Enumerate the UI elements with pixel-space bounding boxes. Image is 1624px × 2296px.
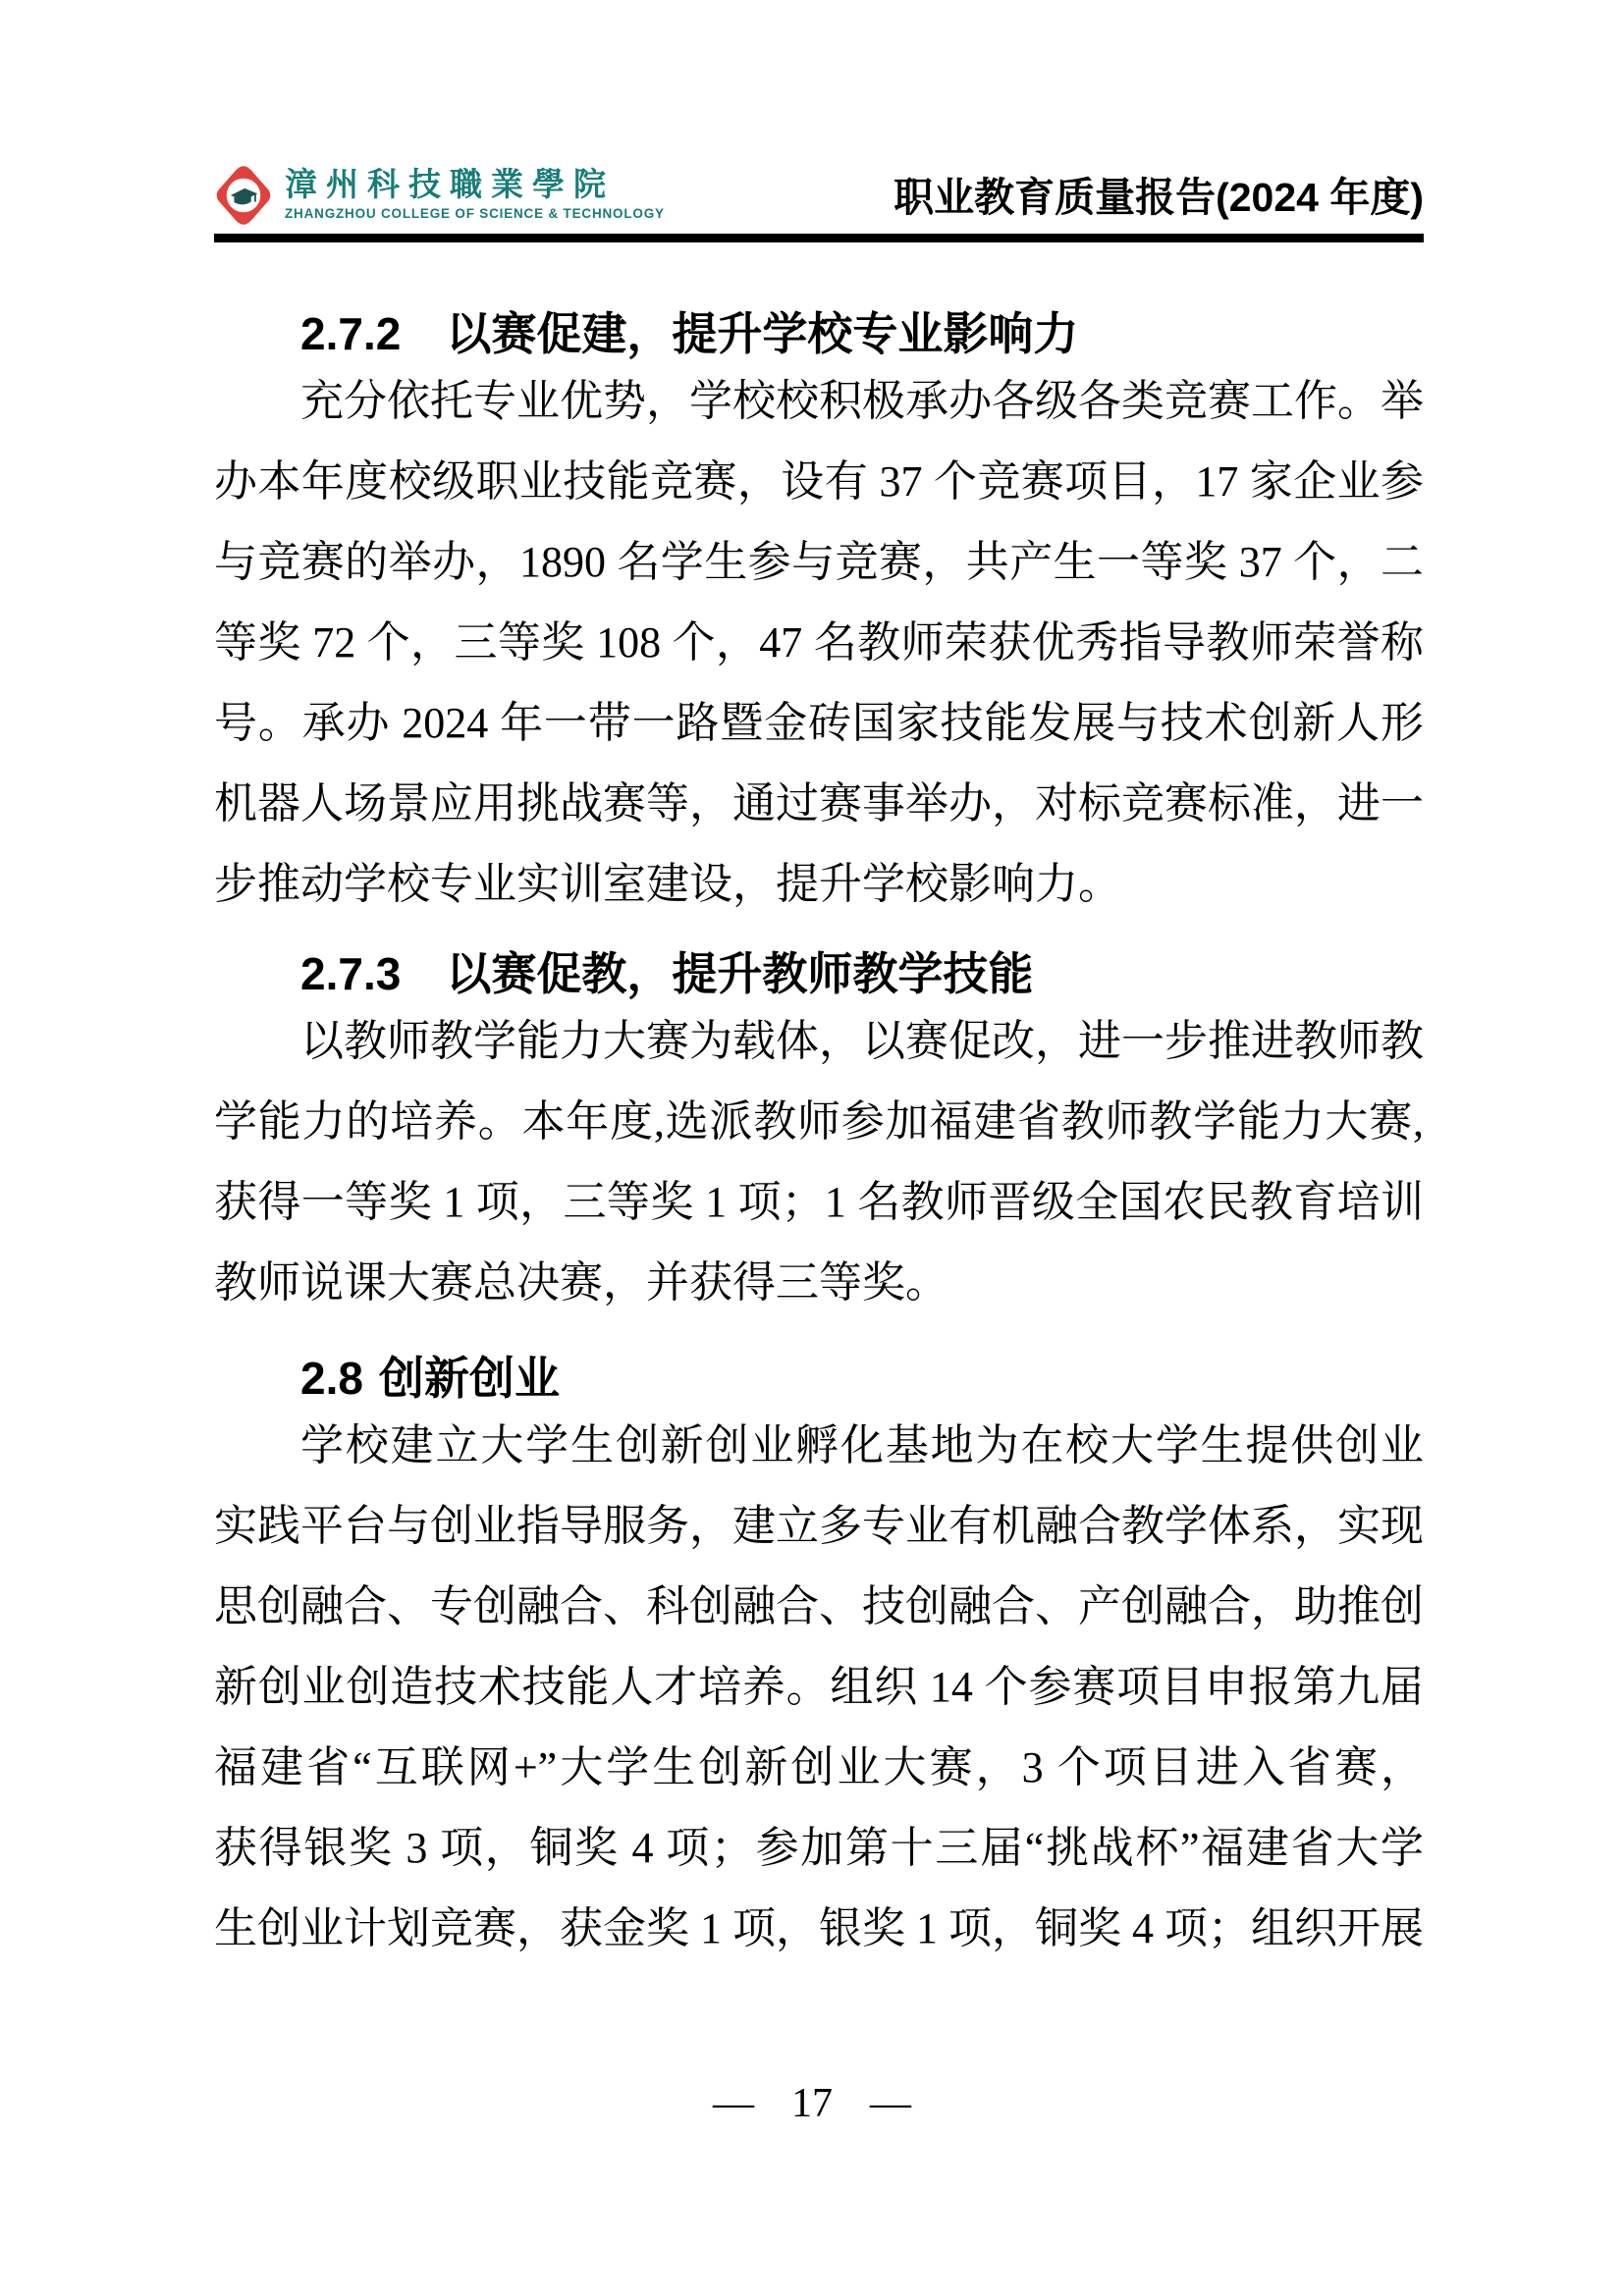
- section-heading-2-8: 2.8创新创业: [214, 1351, 1424, 1406]
- paragraph-line: 等奖 72 个，三等奖 108 个，47 名教师荣获优秀指导教师荣誉称: [214, 603, 1424, 683]
- paragraph-line: 生创业计划竞赛，获金奖 1 项，银奖 1 项，铜奖 4 项；组织开展: [214, 1889, 1424, 1969]
- section-heading-2-7-2: 2.7.2以赛促建，提升学校专业影响力: [214, 306, 1424, 361]
- section-title: 创新创业: [379, 1353, 560, 1404]
- paragraph-line: 福建省“互联网+”大学生创新创业大赛，3 个项目进入省赛，: [214, 1728, 1424, 1808]
- paragraph-line: 机器人场景应用挑战赛等，通过赛事举办，对标竞赛标准，进一: [214, 764, 1424, 844]
- document-page: 漳州科技職業學院 ZHANGZHOU COLLEGE OF SCIENCE & …: [0, 0, 1624, 2296]
- paragraph-line: 获得银奖 3 项，铜奖 4 项；参加第十三届“挑战杯”福建省大学: [214, 1808, 1424, 1889]
- footer-right-dash: —: [870, 2083, 911, 2124]
- paragraph-line: 步推动学校专业实训室建设，提升学校影响力。: [214, 844, 1424, 925]
- paragraph-line: 充分依托专业优势，学校校积极承办各级各类竞赛工作。举: [214, 361, 1424, 442]
- section-number: 2.7.3: [300, 948, 401, 999]
- header-divider: [214, 234, 1424, 242]
- graduation-cap-icon: [214, 165, 273, 226]
- page-footer: —17—: [0, 2083, 1624, 2124]
- section-heading-2-7-3: 2.7.3以赛促教，提升教师教学技能: [214, 946, 1424, 1001]
- paragraph-line: 办本年度校级职业技能竞赛，设有 37 个竞赛项目，17 家企业参: [214, 442, 1424, 522]
- paragraph-line: 新创业创造技术技能人才培养。组织 14 个参赛项目申报第九届: [214, 1647, 1424, 1728]
- school-name-chinese: 漳州科技職業學院: [285, 170, 665, 202]
- paragraph-line: 学能力的培养。本年度,选派教师参加福建省教师教学能力大赛,: [214, 1082, 1424, 1162]
- section-number: 2.7.2: [300, 308, 401, 359]
- school-logo: 漳州科技職業學院 ZHANGZHOU COLLEGE OF SCIENCE & …: [214, 165, 665, 226]
- page-content: 2.7.2以赛促建，提升学校专业影响力 充分依托专业优势，学校校积极承办各级各类…: [214, 263, 1424, 1969]
- paragraph-line: 获得一等奖 1 项，三等奖 1 项；1 名教师晋级全国农民教育培训: [214, 1162, 1424, 1243]
- paragraph-2-7-3: 以教师教学能力大赛为载体，以赛促改，进一步推进教师教学能力的培养。本年度,选派教…: [214, 1001, 1424, 1323]
- paragraph-2-7-2: 充分依托专业优势，学校校积极承办各级各类竞赛工作。举办本年度校级职业技能竞赛，设…: [214, 361, 1424, 925]
- paragraph-2-8: 学校建立大学生创新创业孵化基地为在校大学生提供创业实践平台与创业指导服务，建立多…: [214, 1406, 1424, 1969]
- paragraph-line: 以教师教学能力大赛为载体，以赛促改，进一步推进教师教: [214, 1001, 1424, 1082]
- section-title: 以赛促教，提升教师教学技能: [446, 948, 1033, 999]
- paragraph-line: 思创融合、专创融合、科创融合、技创融合、产创融合，助推创: [214, 1567, 1424, 1647]
- section-number: 2.8: [300, 1353, 363, 1404]
- school-name-english: ZHANGZHOU COLLEGE OF SCIENCE & TECHNOLOG…: [285, 207, 665, 221]
- paragraph-line: 与竞赛的举办，1890 名学生参与竞赛，共产生一等奖 37 个，二: [214, 522, 1424, 603]
- page-header: 漳州科技職業學院 ZHANGZHOU COLLEGE OF SCIENCE & …: [214, 165, 1424, 242]
- paragraph-line: 学校建立大学生创新创业孵化基地为在校大学生提供创业: [214, 1406, 1424, 1486]
- page-number: 17: [791, 2081, 833, 2126]
- section-title: 以赛促建，提升学校专业影响力: [446, 308, 1078, 359]
- paragraph-line: 号。承办 2024 年一带一路暨金砖国家技能发展与技术创新人形: [214, 683, 1424, 764]
- paragraph-line: 教师说课大赛总决赛，并获得三等奖。: [214, 1243, 1424, 1323]
- paragraph-line: 实践平台与创业指导服务，建立多专业有机融合教学体系，实现: [214, 1486, 1424, 1567]
- report-title: 职业教育质量报告(2024 年度): [893, 178, 1424, 226]
- footer-left-dash: —: [713, 2083, 754, 2124]
